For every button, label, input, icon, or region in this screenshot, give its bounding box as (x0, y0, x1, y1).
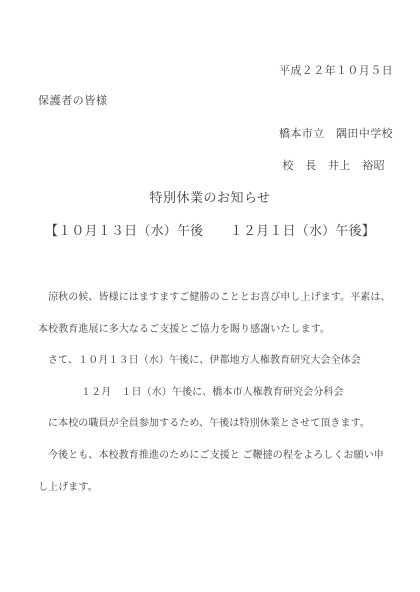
principal-name: 校 長 井上 裕昭 (282, 161, 385, 172)
document-page: 平成２２年１０月５日 保護者の皆様 橋本市立 隅田中学校 校 長 井上 裕昭 特… (0, 0, 420, 592)
body-line-closing-request: 今後とも、本校教育推進のためにご支援と ご鞭撻の程をよろしくお願い申 (38, 440, 400, 472)
notice-title: 特別休業のお知らせ (0, 191, 420, 204)
recipient-line: 保護者の皆様 (38, 96, 108, 107)
body-line-thanks: 本校教育進展に多大なるご支援とご協力を賜り感謝いたします。 (38, 314, 400, 346)
closure-period: 【１０月１３日（水）午後 １２月１日（水）午後】 (0, 224, 420, 237)
document-date: 平成２２年１０月５日 (279, 66, 393, 77)
body-line-closure-reason: に本校の職員が全員参加するため、午後は特別休業とさせて頂きます。 (38, 408, 400, 440)
letter-body: 涼秋の候、皆様にはますますご健勝のこととお喜び申し上げます。平素は、 本校教育進… (38, 282, 400, 503)
body-line-greeting: 涼秋の候、皆様にはますますご健勝のこととお喜び申し上げます。平素は、 (38, 282, 400, 314)
body-line-closing-continuation: し上げます。 (38, 472, 400, 504)
school-name: 橋本市立 隅田中学校 (279, 129, 393, 140)
body-line-event-october: さて、１０月１３日（水）午後に、伊都地方人権教育研究大会全体会 (38, 345, 400, 377)
body-line-event-december: １２月 １日（水）午後に、橋本市人権教育研究会分科会 (38, 377, 400, 409)
